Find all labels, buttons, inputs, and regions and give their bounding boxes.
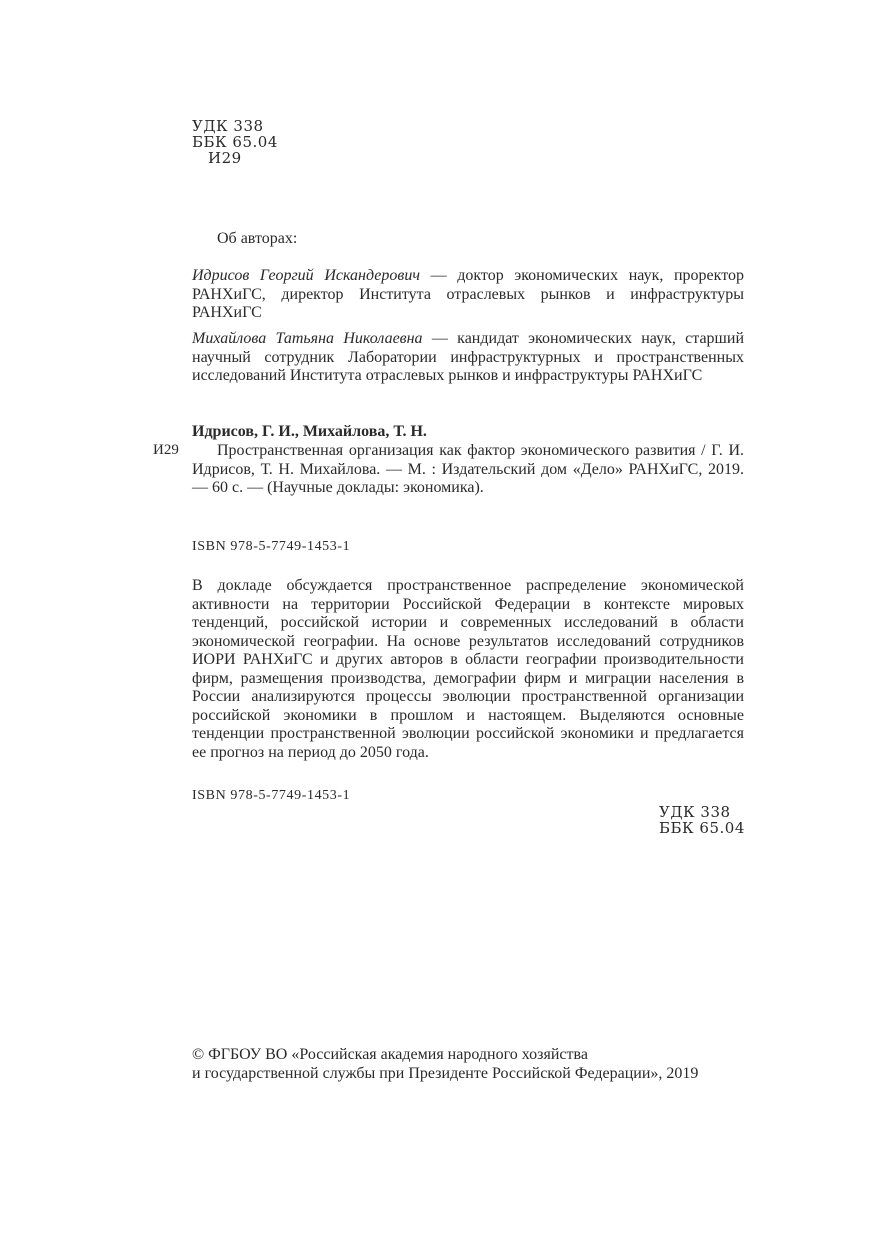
- copyright-line-1: © ФГБОУ ВО «Российская академия народног…: [192, 1046, 752, 1065]
- classification-codes-bottom: УДК 338 ББК 65.04: [659, 804, 745, 836]
- bibliographic-description: Пространственная организация как фактор …: [192, 442, 744, 498]
- author-mark: И29: [192, 150, 278, 166]
- bbk-code: ББК 65.04: [192, 134, 278, 150]
- author-bio-2: Михайлова Татьяна Николаевна — кандидат …: [192, 330, 744, 386]
- isbn-top: ISBN 978-5-7749-1453-1: [192, 539, 350, 555]
- author-bio-1: Идрисов Георгий Искандерович — доктор эк…: [192, 267, 744, 323]
- about-authors-heading: Об авторах:: [217, 229, 297, 249]
- copyright-notice: © ФГБОУ ВО «Российская академия народног…: [192, 1046, 752, 1083]
- udk-code: УДК 338: [192, 118, 278, 134]
- abstract: В докладе обсуждается пространственное р…: [192, 577, 744, 762]
- copyright-line-2: и государственной службы при Президенте …: [192, 1065, 752, 1084]
- bibliographic-author-mark: И29: [153, 442, 179, 458]
- isbn-bottom: ISBN 978-5-7749-1453-1: [192, 788, 350, 804]
- bibliographic-heading: Идрисов, Г. И., Михайлова, Т. Н.: [192, 423, 427, 441]
- classification-codes-top: УДК 338 ББК 65.04 И29: [192, 118, 278, 166]
- udk-code: УДК 338: [659, 804, 745, 820]
- author-name: Михайлова Татьяна Николаевна: [192, 330, 423, 347]
- author-name: Идрисов Георгий Искандерович: [192, 267, 420, 284]
- bbk-code: ББК 65.04: [659, 820, 745, 836]
